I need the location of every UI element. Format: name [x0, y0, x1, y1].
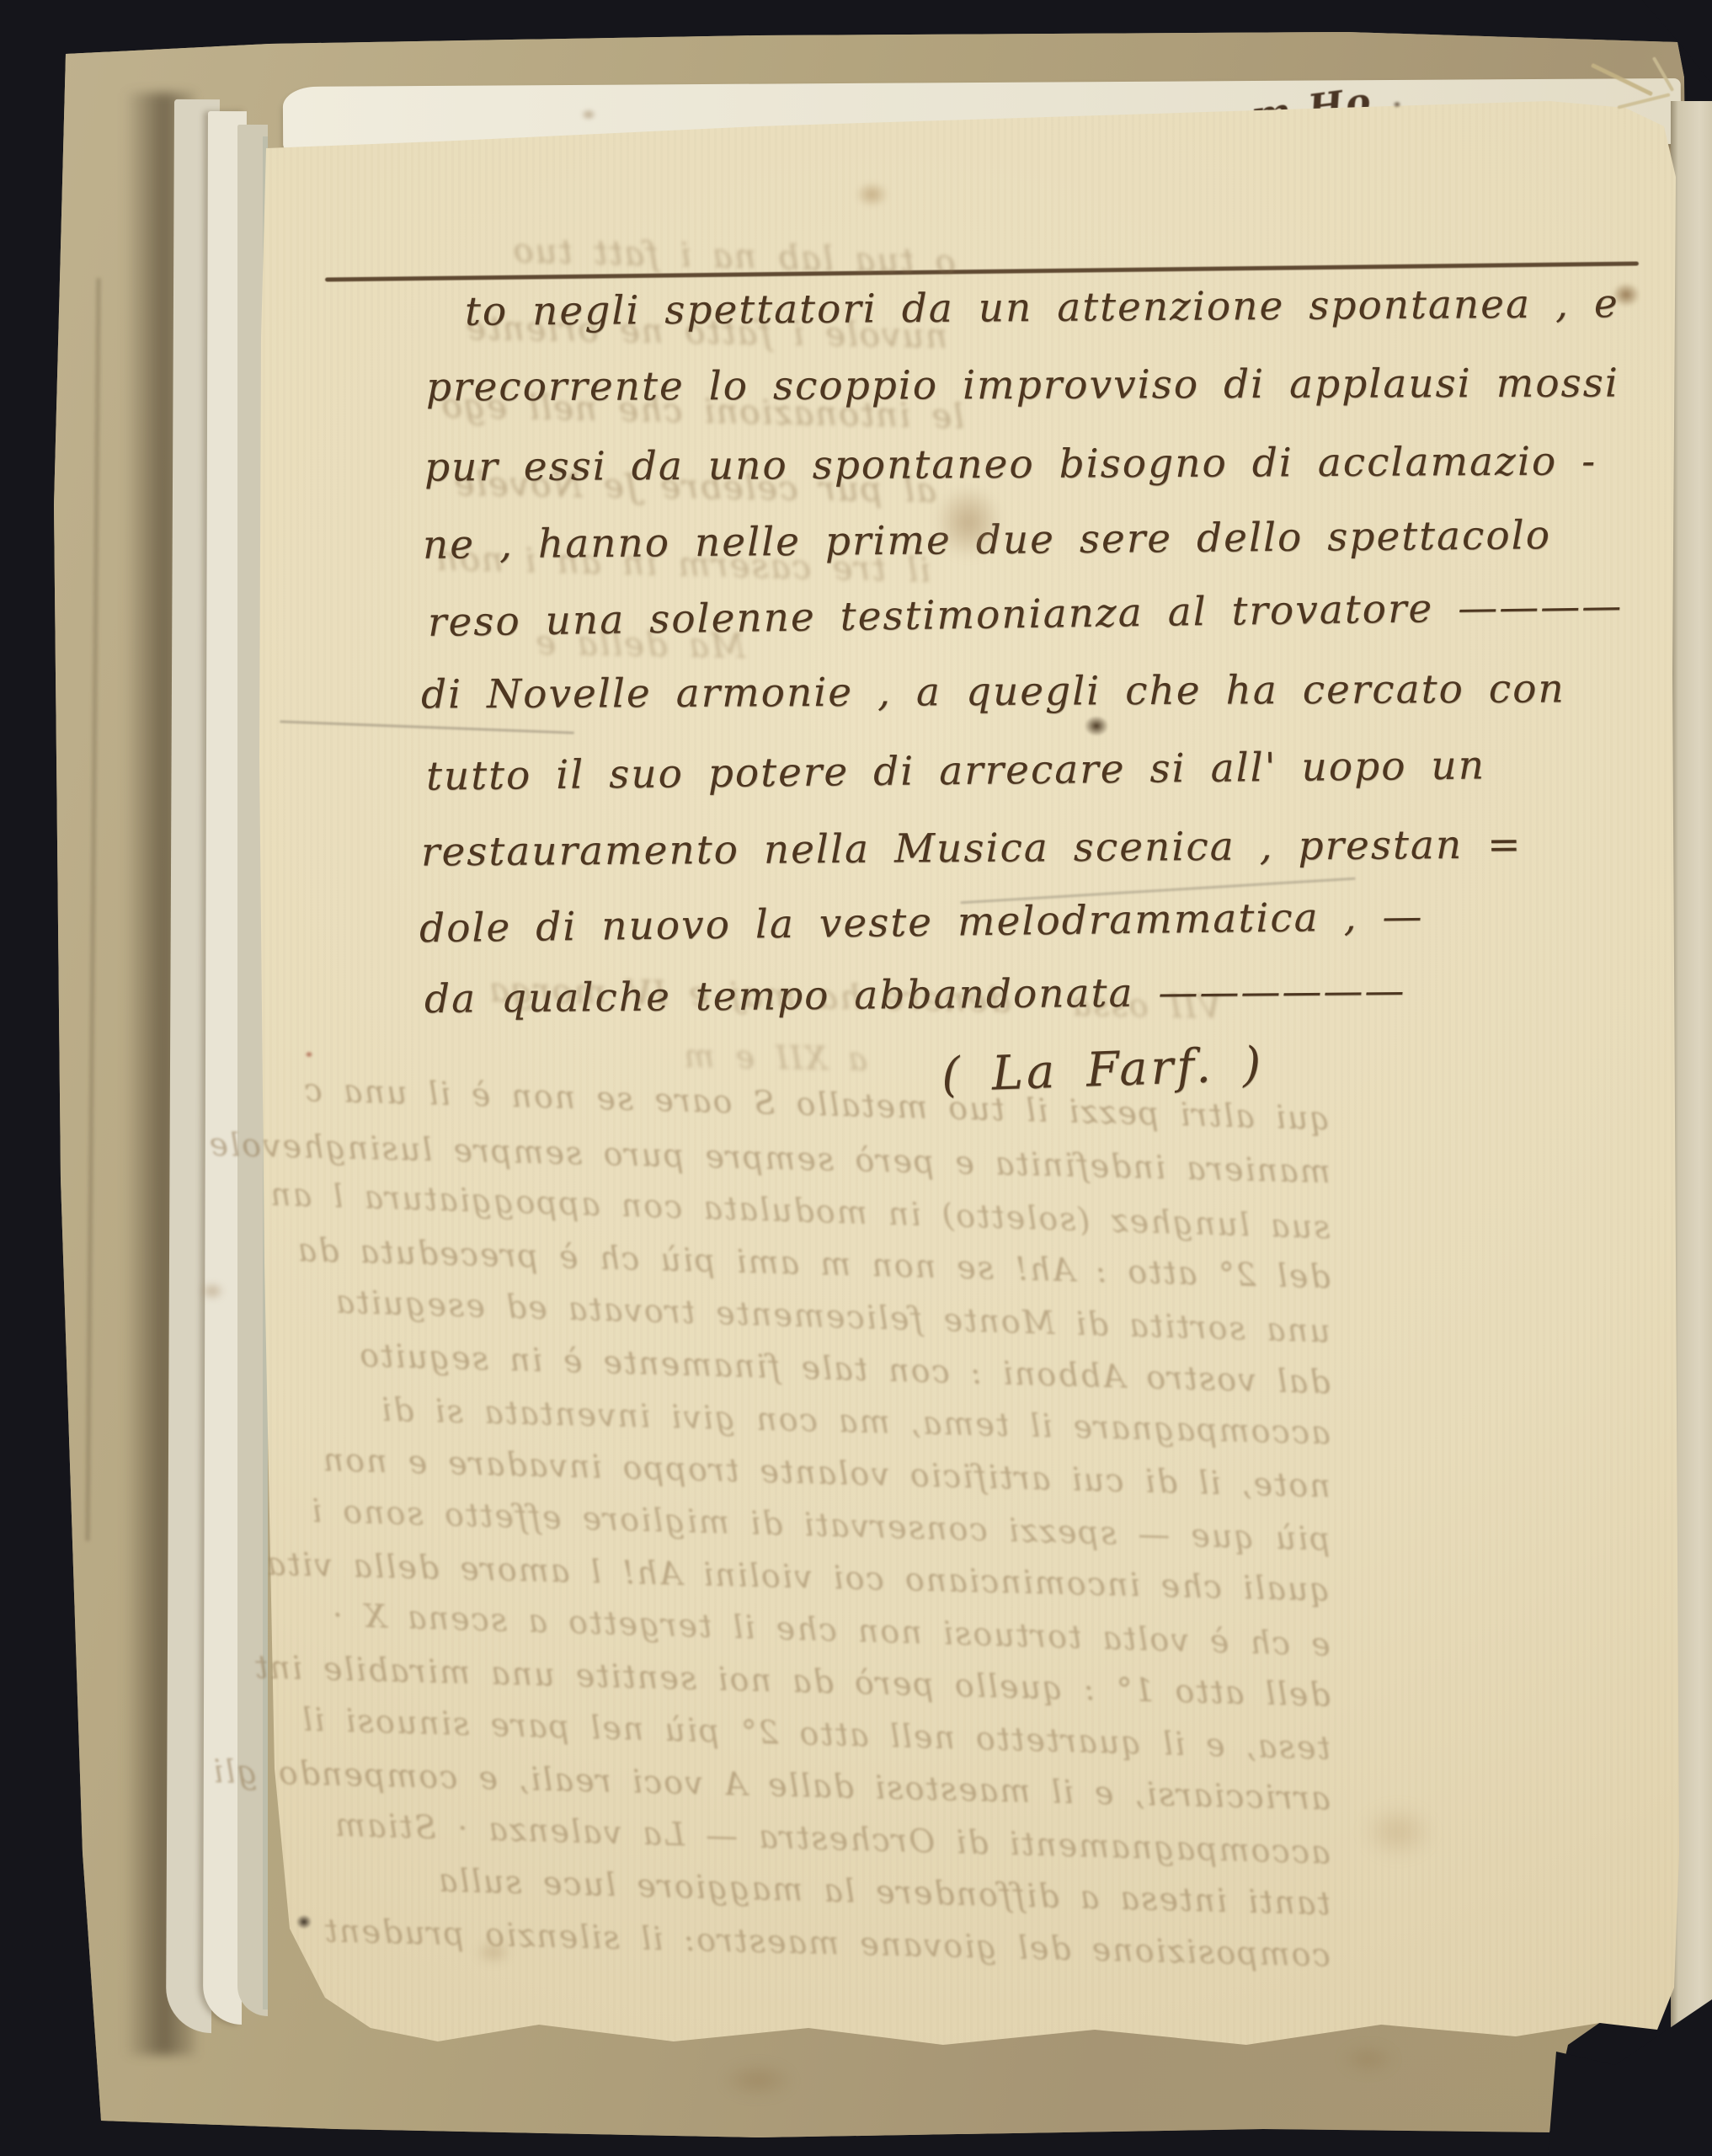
signature: ( La Farf. ) — [941, 1037, 1265, 1102]
photographed-manuscript-book: m Ho o tua lab na i fatt tuonuvole i fat… — [0, 0, 1712, 2156]
